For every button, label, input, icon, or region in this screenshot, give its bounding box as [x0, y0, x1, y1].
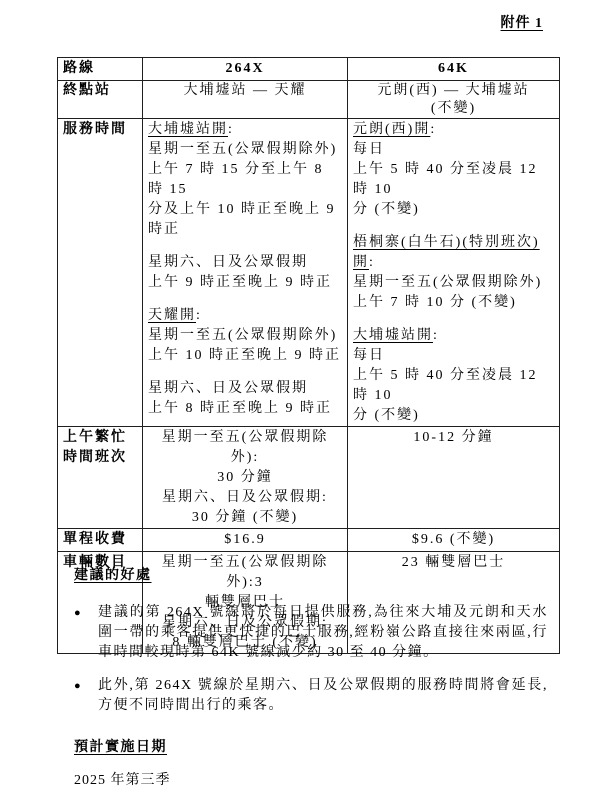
fare-row: 單程收費 $16.9 $9.6 (不變)	[58, 529, 560, 552]
bullet-icon: ●	[74, 676, 98, 716]
service-64k-times-1: 每日 上午 5 時 40 分至凌晨 12 時 10 分 (不變)	[353, 140, 554, 220]
service-64k-times-2: 星期一至五(公眾假期除外) 上午 7 時 10 分 (不變)	[353, 273, 554, 313]
service-hours-264x: 大埔墟站開: 星期一至五(公眾假期除外) 上午 7 時 15 分至上午 8 時 …	[143, 119, 348, 427]
bullet-icon: ●	[74, 603, 98, 663]
service-64k-depot-1: 元朗(西)開:	[353, 120, 554, 140]
peak-frequency-label: 上午繁忙時間班次	[58, 427, 143, 529]
service-64k-depot-3: 大埔墟站開:	[353, 326, 554, 346]
route-comparison-table: 路線 264X 64K 終點站 大埔墟站 — 天耀 元朗(西) — 大埔墟站 (…	[57, 57, 560, 654]
benefit-text-2: 此外,第 264X 號線於星期六、日及公眾假期的服務時間將會延長,方便不同時間出…	[98, 676, 548, 716]
benefit-bullet-2: ● 此外,第 264X 號線於星期六、日及公眾假期的服務時間將會延長,方便不同時…	[74, 676, 548, 716]
header-route-label: 路線	[58, 58, 143, 81]
terminus-264x: 大埔墟站 — 天耀	[143, 81, 348, 119]
terminus-label: 終點站	[58, 81, 143, 119]
service-264x-times-4: 星期六、日及公眾假期 上午 8 時正至晚上 9 時正	[148, 379, 342, 419]
body-text: 建議的好處 ● 建議的第 264X 號線將於每日提供服務,為往來大埔及元朗和天水…	[74, 566, 548, 791]
peak-frequency-64k: 10-12 分鐘	[348, 427, 560, 529]
implementation-date: 2025 年第三季	[74, 771, 548, 791]
service-264x-times-2: 星期六、日及公眾假期 上午 9 時正至晚上 9 時正	[148, 253, 342, 293]
benefits-heading: 建議的好處	[74, 566, 548, 586]
fare-label: 單程收費	[58, 529, 143, 552]
header-route-264x: 264X	[143, 58, 348, 81]
fare-64k: $9.6 (不變)	[348, 529, 560, 552]
table-header-row: 路線 264X 64K	[58, 58, 560, 81]
benefit-text-1: 建議的第 264X 號線將於每日提供服務,為往來大埔及元朗和天水圍一帶的乘客提供…	[98, 603, 548, 663]
service-hours-64k: 元朗(西)開: 每日 上午 5 時 40 分至凌晨 12 時 10 分 (不變)…	[348, 119, 560, 427]
service-264x-times-1: 星期一至五(公眾假期除外) 上午 7 時 15 分至上午 8 時 15 分及上午…	[148, 140, 342, 240]
service-64k-times-3: 每日 上午 5 時 40 分至凌晨 12 時 10 分 (不變)	[353, 346, 554, 426]
service-hours-row: 服務時間 大埔墟站開: 星期一至五(公眾假期除外) 上午 7 時 15 分至上午…	[58, 119, 560, 427]
service-64k-depot-2: 梧桐寨(白牛石)(特別班次) 開:	[353, 233, 554, 273]
benefit-bullet-1: ● 建議的第 264X 號線將於每日提供服務,為往來大埔及元朗和天水圍一帶的乘客…	[74, 603, 548, 663]
service-264x-times-3: 星期一至五(公眾假期除外) 上午 10 時正至晚上 9 時正	[148, 326, 342, 366]
document-page: 附件 1 路線 264X 64K 終點站 大埔墟站 — 天耀 元朗(西) — 大…	[0, 0, 616, 800]
peak-frequency-row: 上午繁忙時間班次 星期一至五(公眾假期除外): 30 分鐘 星期六、日及公眾假期…	[58, 427, 560, 529]
terminus-row: 終點站 大埔墟站 — 天耀 元朗(西) — 大埔墟站 (不變)	[58, 81, 560, 119]
implementation-heading: 預計實施日期	[74, 738, 548, 758]
peak-frequency-264x: 星期一至五(公眾假期除外): 30 分鐘 星期六、日及公眾假期: 30 分鐘 (…	[143, 427, 348, 529]
service-264x-depot-1: 大埔墟站開:	[148, 120, 342, 140]
service-hours-label: 服務時間	[58, 119, 143, 427]
annex-label: 附件 1	[501, 12, 544, 32]
header-route-64k: 64K	[348, 58, 560, 81]
fare-264x: $16.9	[143, 529, 348, 552]
terminus-64k: 元朗(西) — 大埔墟站 (不變)	[348, 81, 560, 119]
service-264x-depot-2: 天耀開:	[148, 306, 342, 326]
